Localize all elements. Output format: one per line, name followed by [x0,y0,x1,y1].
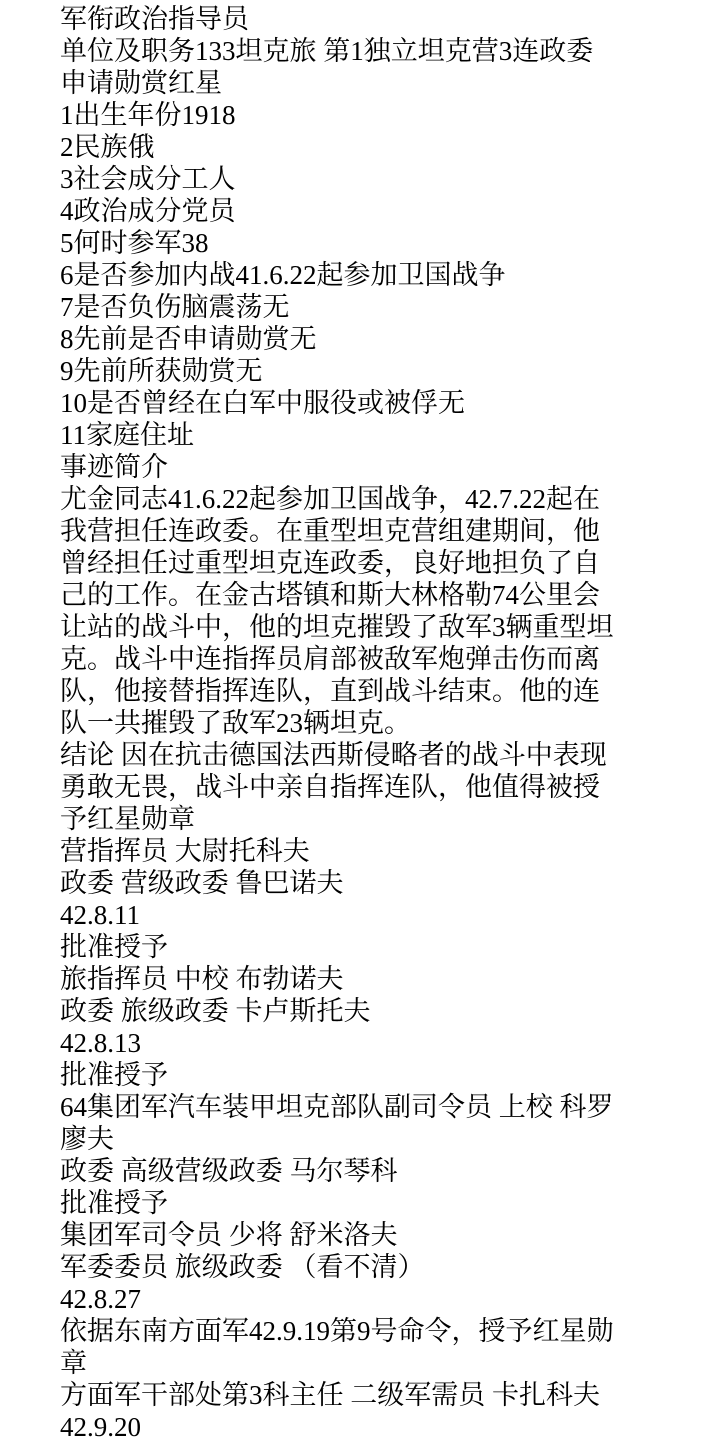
text-line: 批准授予 [60,1059,692,1091]
text-line: 7是否负伤脑震荡无 [60,291,692,323]
text-line: 1出生年份1918 [60,99,692,131]
text-line: 章 [60,1347,692,1379]
text-line: 64集团军汽车装甲坦克部队副司令员 上校 科罗 [60,1091,692,1123]
text-line: 政委 高级营级政委 马尔琴科 [60,1155,692,1187]
text-line: 6是否参加内战41.6.22起参加卫国战争 [60,259,692,291]
text-line: 政委 营级政委 鲁巴诺夫 [60,867,692,899]
text-line: 结论 因在抗击德国法西斯侵略者的战斗中表现 [60,739,692,771]
text-line: 队一共摧毁了敌军23辆坦克。 [60,707,692,739]
text-line: 42.8.27 [60,1283,692,1315]
text-line: 我营担任连政委。在重型坦克营组建期间，他 [60,515,692,547]
text-line: 批准授予 [60,1187,692,1219]
text-line: 42.9.20 [60,1411,692,1440]
text-line: 予红星勋章 [60,803,692,835]
text-line: 方面军干部处第3科主任 二级军需员 卡扎科夫 [60,1379,692,1411]
text-line: 政委 旅级政委 卡卢斯托夫 [60,995,692,1027]
text-line: 让站的战斗中，他的坦克摧毁了敌军3辆重型坦 [60,611,692,643]
text-line: 曾经担任过重型坦克连政委，良好地担负了自 [60,547,692,579]
text-line: 10是否曾经在白军中服役或被俘无 [60,387,692,419]
text-line: 军委委员 旅级政委 （看不清） [60,1251,692,1283]
text-line: 集团军司令员 少将 舒米洛夫 [60,1219,692,1251]
text-line: 克。战斗中连指挥员肩部被敌军炮弹击伤而离 [60,643,692,675]
text-line: 8先前是否申请勋赏无 [60,323,692,355]
text-line: 营指挥员 大尉托科夫 [60,835,692,867]
text-line: 勇敢无畏，战斗中亲自指挥连队，他值得被授 [60,771,692,803]
text-line: 单位及职务133坦克旅 第1独立坦克营3连政委 [60,35,692,67]
text-line: 2民族俄 [60,131,692,163]
text-line: 队，他接替指挥连队，直到战斗结束。他的连 [60,675,692,707]
text-line: 3社会成分工人 [60,163,692,195]
text-line: 42.8.11 [60,899,692,931]
text-line: 依据东南方面军42.9.19第9号命令，授予红星勋 [60,1315,692,1347]
text-line: 5何时参军38 [60,227,692,259]
text-line: 事迹简介 [60,451,692,483]
text-line: 11家庭住址 [60,419,692,451]
text-line: 军衔政治指导员 [60,3,692,35]
text-line: 42.8.13 [60,1027,692,1059]
document-text: 军衔政治指导员单位及职务133坦克旅 第1独立坦克营3连政委申请勋赏红星1出生年… [0,0,712,1440]
text-line: 旅指挥员 中校 布勃诺夫 [60,963,692,995]
text-line: 9先前所获勋赏无 [60,355,692,387]
text-line: 廖夫 [60,1123,692,1155]
text-line: 己的工作。在金古塔镇和斯大林格勒74公里会 [60,579,692,611]
text-line: 申请勋赏红星 [60,67,692,99]
text-line: 批准授予 [60,931,692,963]
text-line: 4政治成分党员 [60,195,692,227]
text-line: 尤金同志41.6.22起参加卫国战争，42.7.22起在 [60,483,692,515]
